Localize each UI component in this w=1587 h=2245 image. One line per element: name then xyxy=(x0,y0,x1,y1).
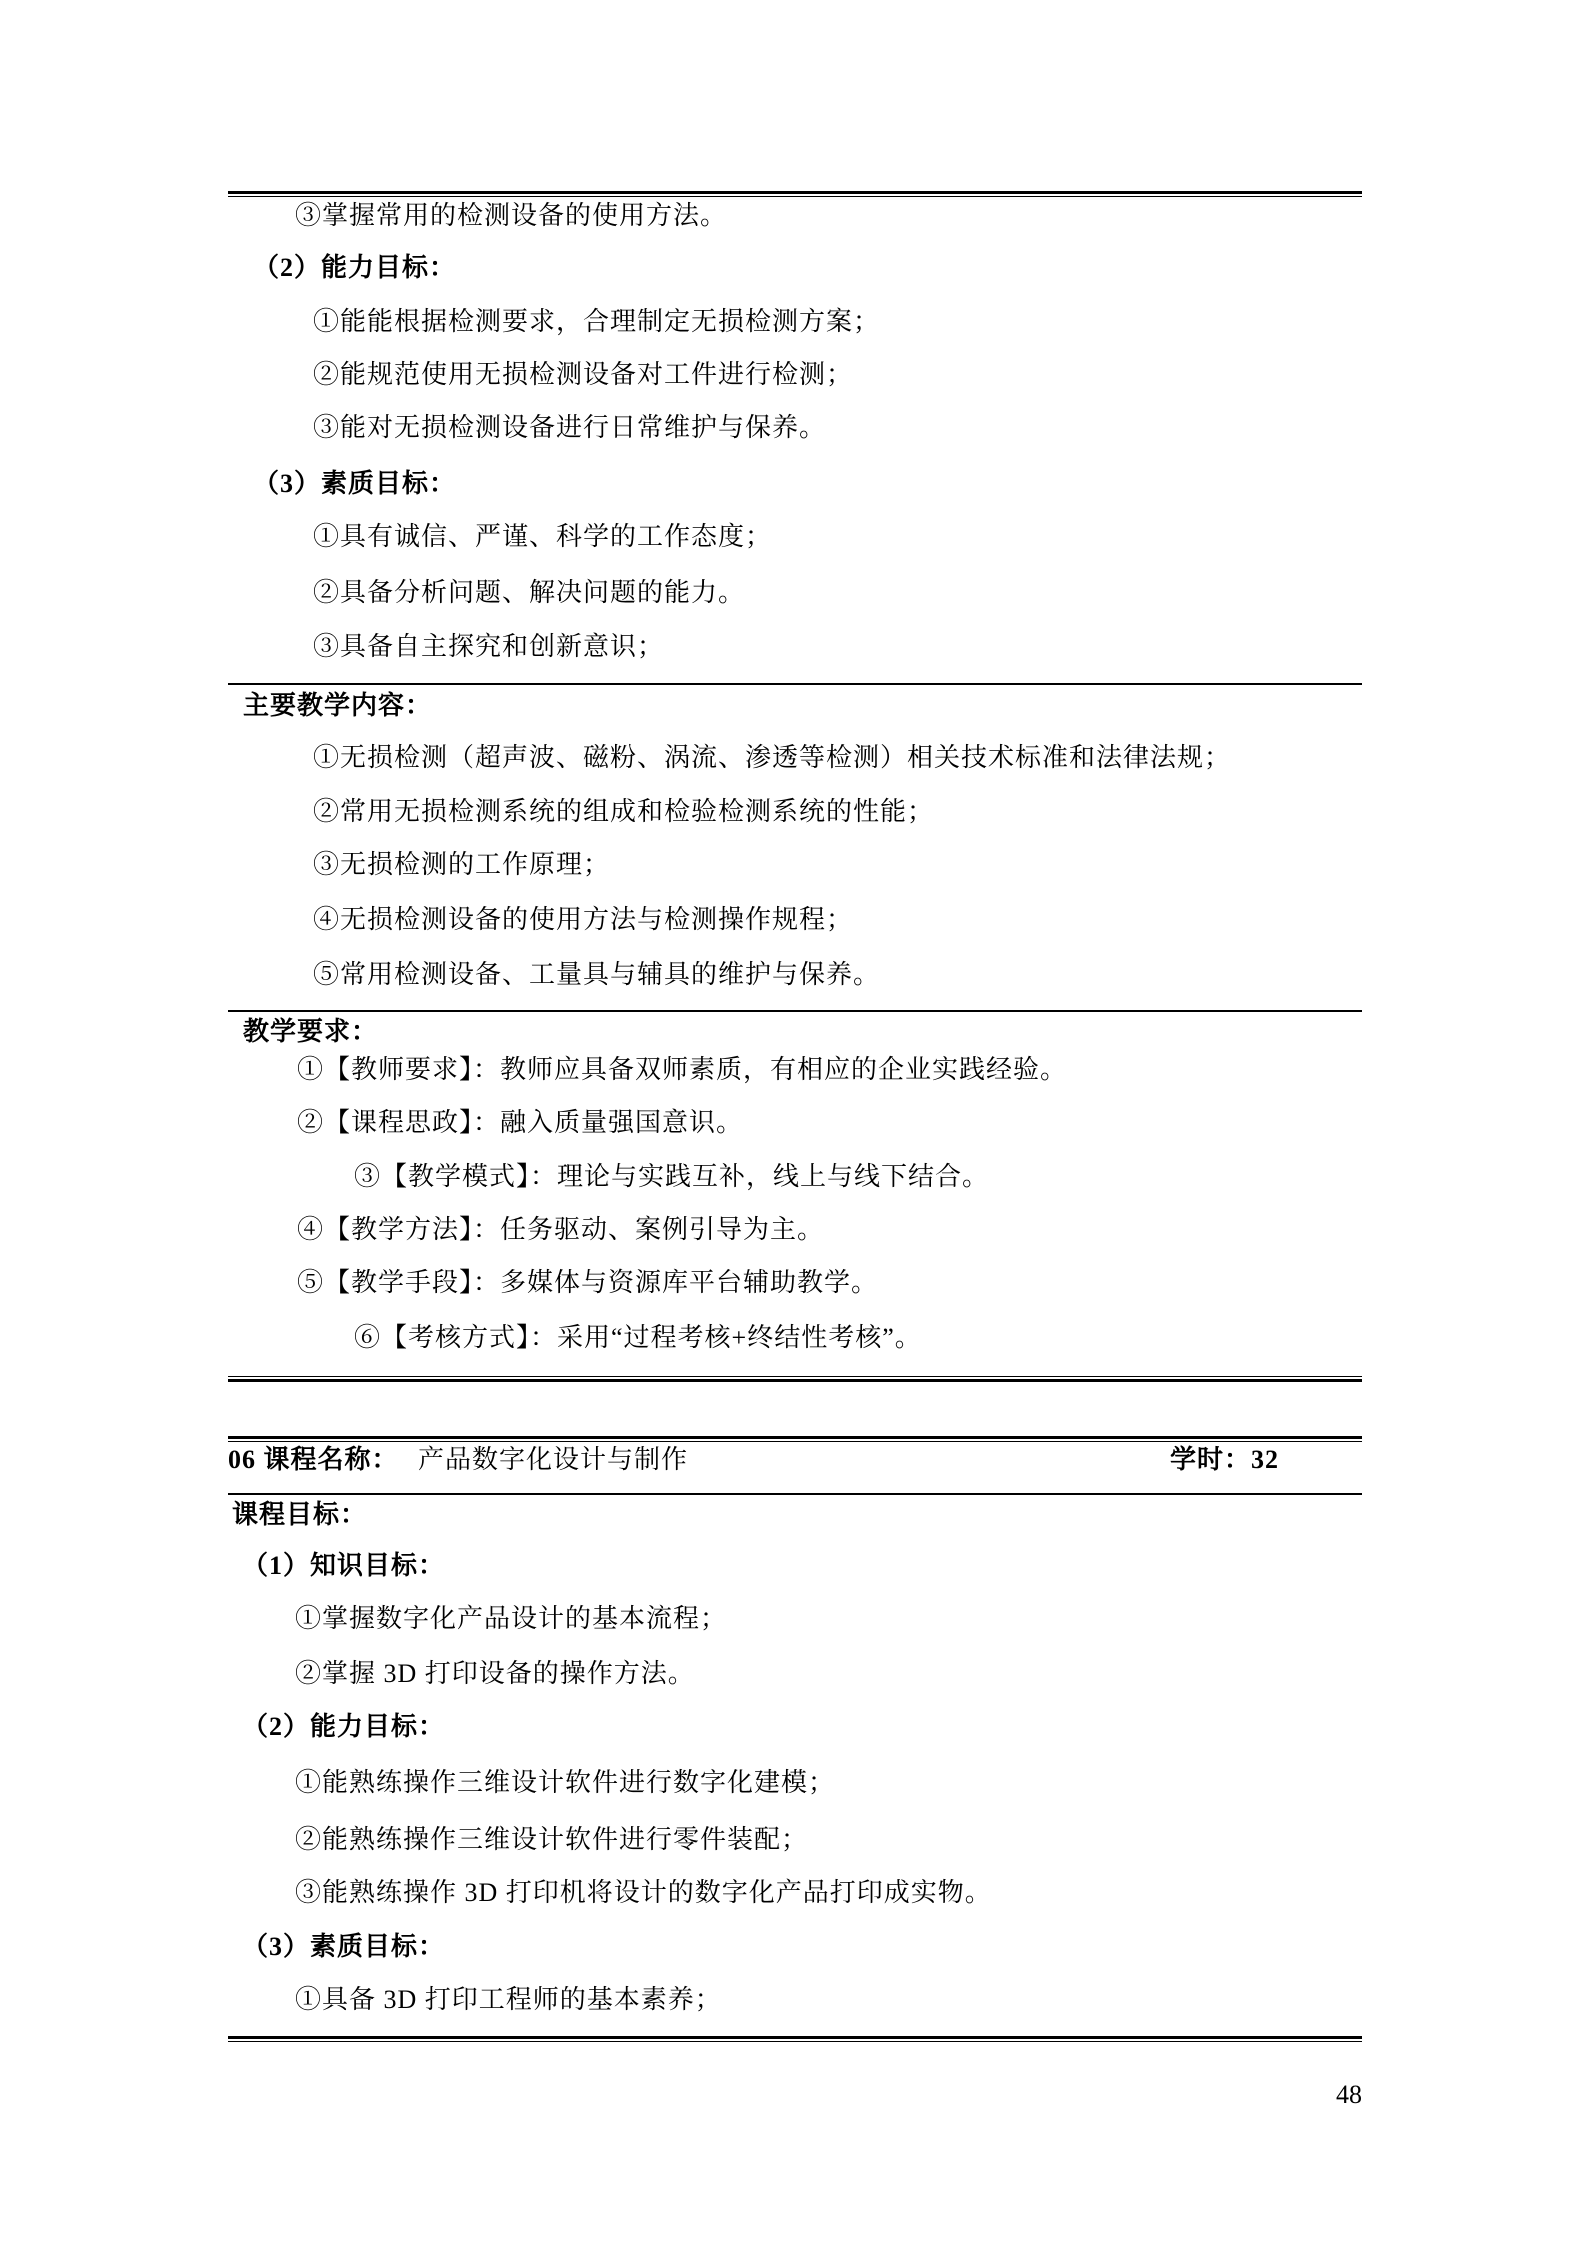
objective-subheading: （3）素质目标： xyxy=(242,1927,445,1967)
objective-line: ①能熟练操作三维设计软件进行数字化建模； xyxy=(295,1763,835,1803)
course-hours: 学时：32 xyxy=(1170,1440,1279,1480)
objective-subheading: （1）知识目标： xyxy=(242,1546,445,1586)
objective-line: ②能熟练操作三维设计软件进行零件装配； xyxy=(295,1820,808,1860)
objective-line: ②掌握 3D 打印设备的操作方法。 xyxy=(295,1654,695,1694)
objective-line: ③能熟练操作 3D 打印机将设计的数字化产品打印成实物。 xyxy=(295,1873,992,1913)
objective-line: ③掌握常用的检测设备的使用方法。 xyxy=(295,196,727,236)
objective-line: ②具备分析问题、解决问题的能力。 xyxy=(313,573,745,613)
objective-subheading: （2）能力目标： xyxy=(253,248,456,288)
objective-line: ①掌握数字化产品设计的基本流程； xyxy=(295,1599,727,1639)
header-divider xyxy=(228,1493,1362,1495)
objective-line: ③能对无损检测设备进行日常维护与保养。 xyxy=(313,408,826,448)
requirement-item: ③【教学模式】：理论与实践互补，线上与线下结合。 xyxy=(354,1157,989,1197)
requirement-item: ④【教学方法】：任务驱动、案例引导为主。 xyxy=(297,1210,824,1250)
content-item: ⑤常用检测设备、工量具与辅具的维护与保养。 xyxy=(313,955,880,995)
objective-subheading: （2）能力目标： xyxy=(242,1707,445,1747)
document-page: ③掌握常用的检测设备的使用方法。 （2）能力目标： ①能能根据检测要求，合理制定… xyxy=(0,0,1587,2245)
teaching-requirements-label: 教学要求： xyxy=(243,1012,378,1052)
objective-line: ①能能根据检测要求，合理制定无损检测方案； xyxy=(313,302,880,342)
content-item: ③无损检测的工作原理； xyxy=(313,845,610,885)
row-divider xyxy=(228,683,1362,685)
content-item: ④无损检测设备的使用方法与检测操作规程； xyxy=(313,900,853,940)
course-name: 产品数字化设计与制作 xyxy=(418,1440,688,1480)
course-objectives-label: 课程目标： xyxy=(232,1495,367,1535)
objective-line: ①具有诚信、严谨、科学的工作态度； xyxy=(313,517,772,557)
requirement-item: ②【课程思政】：融入质量强国意识。 xyxy=(297,1103,743,1143)
objective-line: ③具备自主探究和创新意识； xyxy=(313,627,664,667)
teaching-content-label: 主要教学内容： xyxy=(243,686,432,726)
page-number: 48 xyxy=(1212,2078,1362,2112)
objective-line: ②能规范使用无损检测设备对工件进行检测； xyxy=(313,355,853,395)
content-item: ①无损检测（超声波、磁粉、涡流、渗透等检测）相关技术标准和法律法规； xyxy=(313,738,1231,778)
requirement-item: ⑥【考核方式】：采用“过程考核+终结性考核”。 xyxy=(354,1318,922,1358)
row-divider xyxy=(228,1010,1362,1012)
table05-bottom-border xyxy=(228,1376,1362,1382)
table06-page-cut-border xyxy=(228,2036,1362,2042)
requirement-item: ⑤【教学手段】：多媒体与资源库平台辅助教学。 xyxy=(297,1263,878,1303)
requirement-item: ①【教师要求】：教师应具备双师素质，有相应的企业实践经验。 xyxy=(297,1050,1067,1090)
objective-subheading: （3）素质目标： xyxy=(253,464,456,504)
content-item: ②常用无损检测系统的组成和检验检测系统的性能； xyxy=(313,792,934,832)
course-number-label: 06 课程名称： xyxy=(228,1440,399,1480)
objective-line: ①具备 3D 打印工程师的基本素养； xyxy=(295,1980,722,2020)
